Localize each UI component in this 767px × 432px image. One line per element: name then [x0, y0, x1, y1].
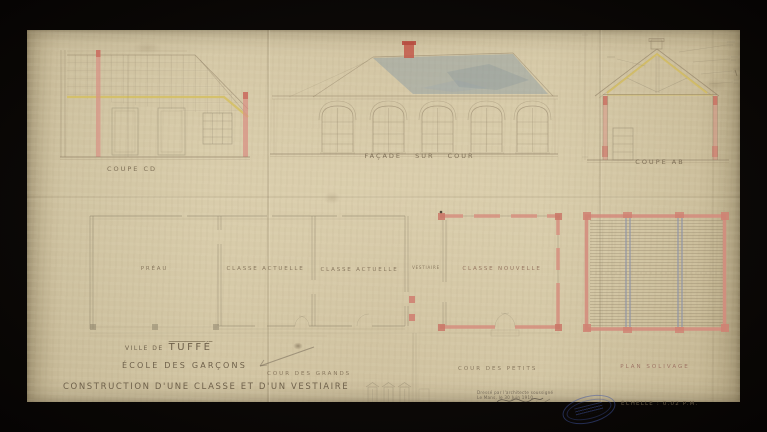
title-project: CONSTRUCTION D'UNE CLASSE ET D'UN VESTIA…: [63, 382, 349, 392]
plan-solivage-drawing: [583, 212, 729, 333]
coupe-ab-drawing: [582, 32, 739, 163]
attestation-note: Dressé par l'architecte soussigné Le Man…: [477, 390, 553, 400]
detail-sketch: [363, 383, 475, 403]
mount-background: COUPE CD FAÇADE SUR COUR COUPE AB PLAN S…: [0, 0, 767, 432]
title-commune-name: TUFFÉ: [169, 342, 213, 353]
room-label-vestiaire: VESTIAIRE: [404, 265, 448, 270]
room-label-classe-nouvelle: CLASSE NOUVELLE: [447, 266, 557, 272]
coupe-cd-drawing: [60, 50, 252, 160]
attestation-line-2: Le Mans, le 30 Juin 1910: [477, 395, 553, 400]
scale-annotation: ÉCHELLE : 0.02 P.M.: [621, 401, 698, 407]
room-label-classe-actuelle-1: CLASSE ACTUELLE: [223, 266, 308, 272]
stamp-text-lines: [574, 402, 603, 418]
room-label-preau: PRÉAU: [112, 266, 197, 272]
floor-plan-new-work: [409, 211, 562, 336]
label-facade-sur-cour: FAÇADE SUR COUR: [347, 152, 492, 160]
label-cour-des-petits: COUR DES PETITS: [458, 366, 537, 372]
label-plan-solivage: PLAN SOLIVAGE: [605, 364, 705, 370]
title-commune-prefix: VILLE DE: [125, 345, 164, 352]
facade-sur-cour-drawing: [270, 41, 558, 157]
label-coupe-ab: COUPE AB: [620, 158, 700, 166]
label-coupe-cd: COUPE CD: [92, 165, 172, 173]
room-label-classe-actuelle-2: CLASSE ACTUELLE: [317, 267, 402, 273]
drawing-sheet: COUPE CD FAÇADE SUR COUR COUPE AB PLAN S…: [27, 30, 740, 402]
title-commune-line: VILLE DE TUFFÉ: [125, 342, 212, 353]
title-school: ÉCOLE DES GARÇONS: [122, 361, 247, 370]
label-cour-des-grands: COUR DES GRANDS: [267, 371, 351, 377]
